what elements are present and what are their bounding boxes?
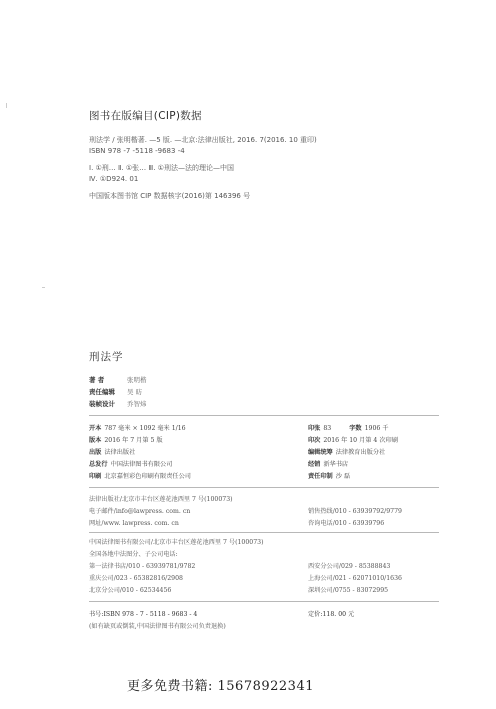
spec-sheets-words: 印张83字数1906 千 [308,423,389,432]
branch-phone: 西安分公司/029 - 85388843 [308,561,390,570]
spec-editorial: 编辑统筹法律教育出版分社 [308,447,385,456]
isbn-line: 书号:ISBN 978 - 7 - 5118 - 9683 - 4 [89,609,197,618]
divider [89,601,439,602]
divider [89,487,439,488]
cip-line-record-number: 中国版本图书馆 CIP 数据核字(2016)第 146396 号 [89,191,250,201]
spec-value: 787 毫米 × 1092 毫米 1/16 [104,425,185,432]
spec-value: 法律出版社 [104,449,135,456]
cip-line-bibliographic: 刑法学 / 张明楷著. —5 版. —北京:法律出版社, 2016. 7(201… [89,135,317,145]
promo-text: 更多免费书籍: 15678922341 [127,675,314,694]
spec-format: 开本787 毫米 × 1092 毫米 1/16 [89,423,186,432]
divider [89,415,439,416]
spec-value: 83 [323,425,331,432]
credit-author: 著 者张明楷 [89,375,147,384]
branch-phone: 第一法律书店/010 - 63939781/9782 [89,561,195,570]
inquiry-phone: 咨询电话/010 - 63939796 [308,518,384,527]
spec-label: 开本 [89,425,101,432]
spec-print-supervisor: 责任印制沙 磊 [308,471,350,480]
spec-label: 印刷 [89,473,101,480]
spec-value: 北京嘉恒彩色印刷有限责任公司 [104,473,191,480]
spec-seller: 经销新华书店 [308,459,348,468]
spec-label: 编辑统筹 [308,449,333,456]
spec-label: 版本 [89,437,101,444]
sales-hotline: 销售热线/010 - 63939792/9779 [308,506,402,515]
spec-label: 印次 [308,437,320,444]
cip-title: 图书在版编目(CIP)数据 [89,108,202,123]
spec-value: 2016 年 7 月第 5 版 [104,437,162,444]
publisher-address: 法律出版社/北京市丰台区莲花池西里 7 号(100073) [89,494,233,503]
branches-heading: 全国各地中法图分、子公司电话: [89,549,178,558]
spec-value: 中国法律图书有限公司 [111,461,173,468]
credit-value: 吴 昉 [127,388,142,396]
branch-phone: 北京分公司/010 - 62534456 [89,585,171,594]
scan-mark [6,103,7,108]
cip-line-subjects: Ⅰ. ①刑… Ⅱ. ①张… Ⅲ. ①刑法—法的理论—中国 [89,163,234,173]
publisher-email: 电子邮件/info@lawpress. com. cn [89,506,190,515]
spec-value: 1906 千 [365,425,389,432]
book-title: 刑法学 [89,349,124,364]
credit-value: 张明楷 [127,376,147,384]
spec-value: 法律教育出版分社 [336,449,386,456]
branch-phone: 深圳公司/0755 - 83072995 [308,585,388,594]
spec-label: 印张 [308,425,320,432]
spec-value: 沙 磊 [336,473,350,480]
spec-label: 经销 [308,461,320,468]
distributor-address: 中国法律图书有限公司/北京市丰台区莲花池西里 7 号(100073) [89,537,264,546]
spec-label: 出版 [89,449,101,456]
spec-label: 字数 [349,425,361,432]
spec-distributor: 总发行中国法律图书有限公司 [89,459,172,468]
spec-label: 责任印制 [308,473,333,480]
spec-value: 2016 年 10 月第 4 次印刷 [323,437,398,444]
branch-phone: 上海公司/021 - 62071010/1636 [308,573,402,582]
spec-publisher: 出版法律出版社 [89,447,135,456]
spec-value: 新华书店 [323,461,348,468]
return-notice: (如有缺页或倒装,中国法律图书有限公司负责退换) [89,621,226,630]
spec-label: 总发行 [89,461,108,468]
scan-mark [42,287,45,288]
credit-label: 著 者 [89,375,127,384]
cip-line-classification: Ⅳ. ①D924. 01 [89,175,138,183]
credit-label: 装帧设计 [89,399,127,408]
credit-label: 责任编辑 [89,387,127,396]
cip-line-isbn: ISBN 978 -7 -5118 -9683 -4 [89,147,185,155]
publisher-website: 网址/www. lawpress. com. cn [89,518,179,527]
credit-designer: 装帧设计乔智炜 [89,399,147,408]
spec-printing: 印次2016 年 10 月第 4 次印刷 [308,435,398,444]
divider [89,532,439,533]
credit-value: 乔智炜 [127,400,147,408]
spec-printer: 印刷北京嘉恒彩色印刷有限责任公司 [89,471,191,480]
branch-phone: 重庆公司/023 - 65382816/2908 [89,573,183,582]
price: 定价:118. 00 元 [308,609,354,618]
credit-editor: 责任编辑吴 昉 [89,387,142,396]
spec-edition: 版本2016 年 7 月第 5 版 [89,435,163,444]
